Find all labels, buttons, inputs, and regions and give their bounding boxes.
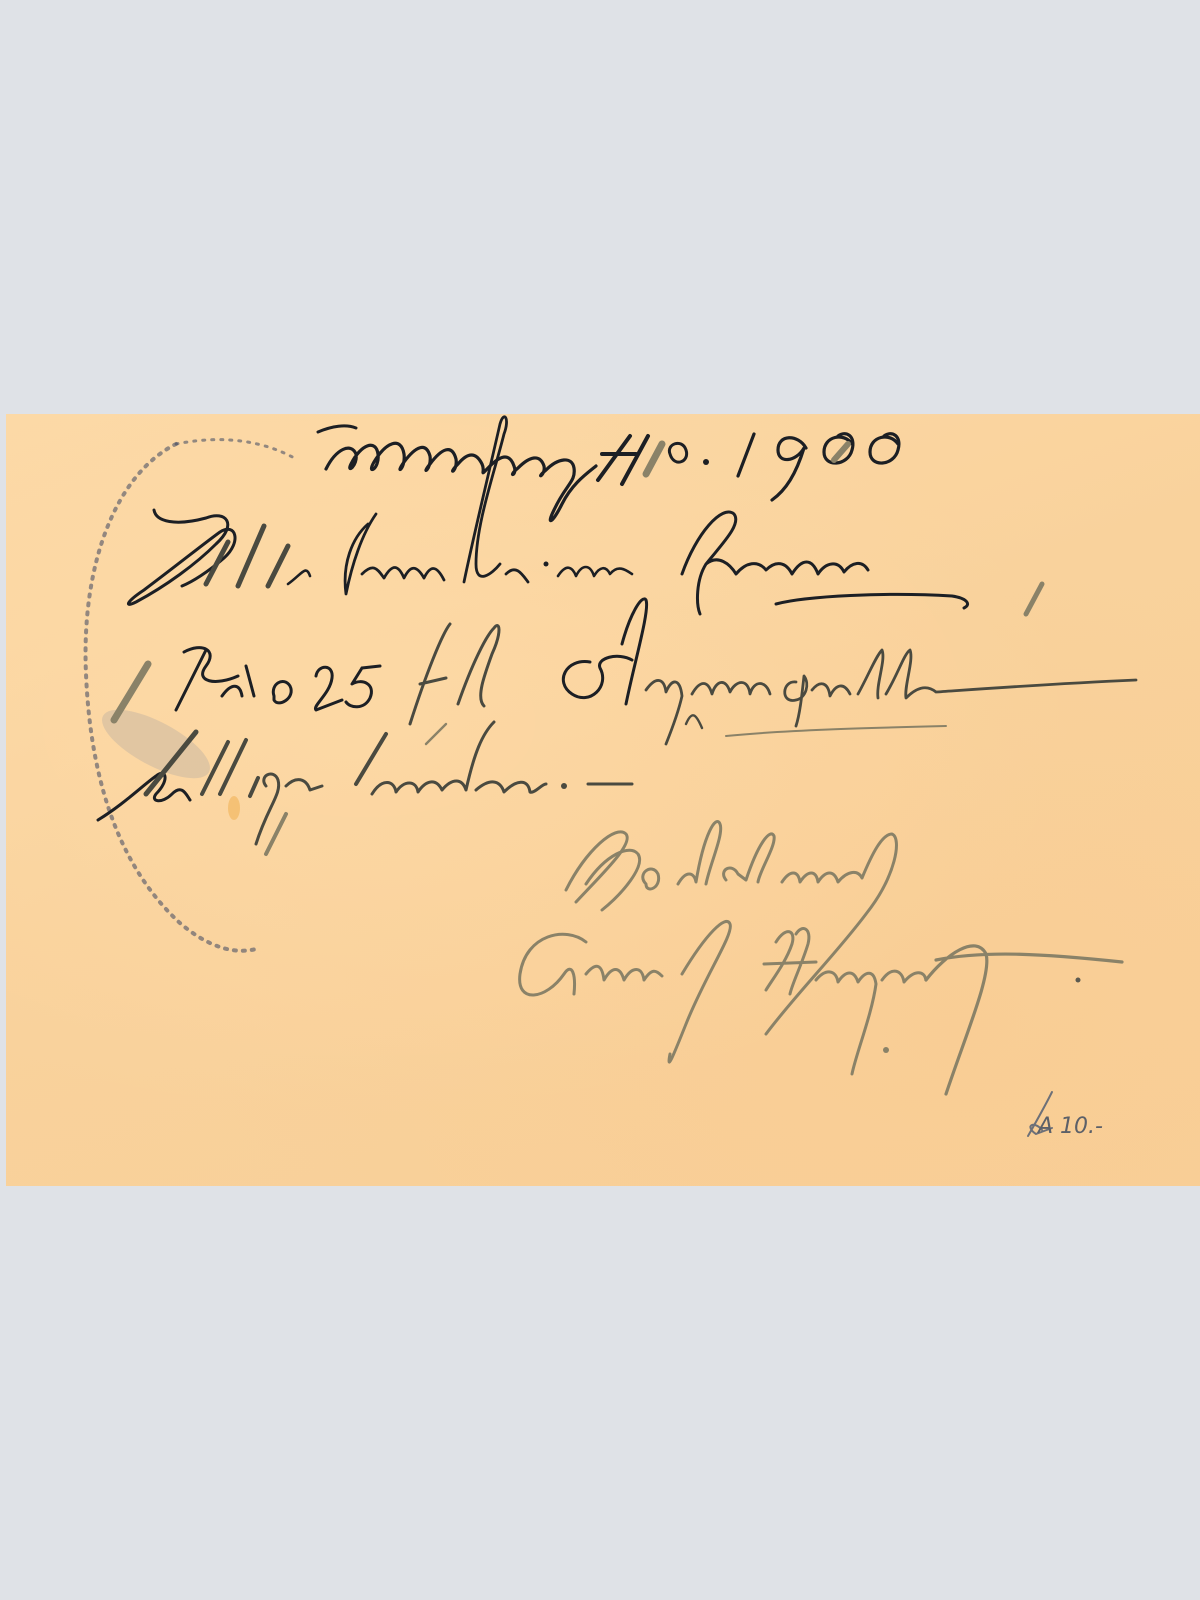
handwriting-drawing bbox=[6, 414, 1200, 1186]
postmark-stamp bbox=[86, 440, 296, 951]
postcard: Marburg 4/10 1900 Bitte senden Sie mir f… bbox=[6, 414, 1200, 1186]
price-note: A 10.- bbox=[1038, 1114, 1103, 1139]
image-viewer: Marburg 4/10 1900 Bitte senden Sie mir f… bbox=[0, 0, 1200, 1600]
handwriting-signature bbox=[520, 921, 1122, 1094]
handwriting-place-date bbox=[318, 426, 899, 521]
handwriting-line-2 bbox=[114, 599, 1136, 744]
